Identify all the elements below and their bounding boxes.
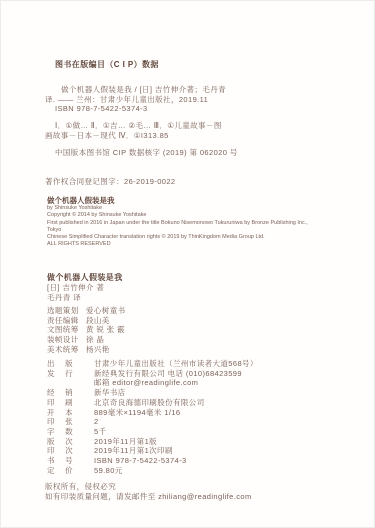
publishing-email: 邮箱 editor@readinglife.com — [94, 378, 198, 388]
publishing-value: 889毫米×1194毫米 1/16 — [94, 408, 181, 418]
credit-row: 美术统筹 杨兴艳 — [47, 345, 364, 355]
publishing-value: 甘肃少年儿童出版社（兰州市读者大道568号） — [94, 359, 258, 369]
credit-value: 爱心树童书 — [86, 306, 126, 316]
publishing-label: 印次 — [47, 446, 73, 456]
publishing-row: 发行 新经典发行有限公司 电话 (010)68423599 — [47, 369, 364, 379]
copyright-footer: 版权所有，侵权必究 如有印装质量问题，请发邮件至 zhiliang@readin… — [45, 482, 364, 501]
credit-row: 选题策划 爱心树童书 — [47, 306, 364, 316]
copyright-line: Chinese Simplified Character translation… — [47, 234, 364, 241]
cip-record-isbn: ISBN 978-7-5422-5374-3 — [45, 104, 364, 114]
credit-value: 徐 晶 — [86, 335, 104, 345]
publishing-value: 新华书店 — [94, 388, 126, 398]
copyright-registration-number: 著作权合同登记图字：26-2019-0022 — [45, 177, 364, 187]
quality-contact: 如有印装质量问题，请发邮件至 zhiliang@readinglife.com — [45, 492, 364, 502]
publishing-label: 字数 — [47, 427, 73, 437]
credit-label: 装帧设计 — [47, 335, 79, 345]
publishing-row: 开本 889毫米×1194毫米 1/16 — [47, 408, 364, 418]
cip-classification-line: Ⅰ．①做… Ⅱ．①吉… ②毛… Ⅲ．①儿童故事－图 — [45, 121, 364, 131]
publishing-row: 出版 甘肃少年儿童出版社（兰州市读者大道568号） — [47, 359, 364, 369]
publishing-label: 开本 — [47, 408, 73, 418]
publishing-row: 定价 59.80元 — [47, 466, 364, 476]
publishing-row: 印张 2 — [47, 417, 364, 427]
publishing-row: 印次 2019年11月第1次印刷 — [47, 446, 364, 456]
copyright-line: ALL RIGHTS RESERVED — [47, 241, 364, 248]
cip-header: 图书在版编目（C I P）数据 — [55, 60, 364, 70]
publishing-label: 印张 — [47, 417, 73, 427]
publishing-info-block: 出版 甘肃少年儿童出版社（兰州市读者大道568号） 发行 新经典发行有限公司 电… — [47, 359, 364, 475]
publishing-label: 经销 — [47, 388, 73, 398]
credit-label: 文图统筹 — [47, 325, 79, 335]
publishing-label: 出版 — [47, 359, 73, 369]
credit-row: 装帧设计 徐 晶 — [47, 335, 364, 345]
publishing-row: 经销 新华书店 — [47, 388, 364, 398]
cip-record: 做个机器人假装是我 / [日] 吉竹伸介著；毛丹青 译. —— 兰州：甘肃少年儿… — [45, 85, 364, 114]
publishing-row: 字数 5千 — [47, 427, 364, 437]
copyright-title-cn: 做个机器人假装是我 — [47, 196, 364, 205]
cip-classification-line: 画故事－日本－现代 Ⅳ．①I313.85 — [45, 131, 364, 141]
publishing-value: 北京奇良海德印刷股份有限公司 — [94, 398, 205, 408]
book-translator: 毛丹青 译 — [47, 293, 364, 303]
credit-value: 段山美 — [86, 316, 110, 326]
book-info-block: 做个机器人假装是我 [日] 吉竹伸介 著 毛丹青 译 — [47, 273, 364, 302]
cip-classification: Ⅰ．①做… Ⅱ．①吉… ②毛… Ⅲ．①儿童故事－图 画故事－日本－现代 Ⅳ．①I… — [45, 121, 364, 140]
publishing-row: 书号 ISBN 978-7-5422-5374-3 — [47, 456, 364, 466]
publishing-label: 版次 — [47, 437, 73, 447]
book-author: [日] 吉竹伸介 著 — [47, 283, 364, 293]
publishing-row: 邮箱 editor@readinglife.com — [47, 378, 364, 388]
cip-record-line: 译. —— 兰州：甘肃少年儿童出版社，2019.11 — [45, 95, 364, 105]
publishing-label: 发行 — [47, 369, 73, 379]
credit-label: 选题策划 — [47, 306, 79, 316]
cip-record-line: 做个机器人假装是我 / [日] 吉竹伸介著；毛丹青 — [45, 85, 364, 95]
copyright-page: 图书在版编目（C I P）数据 做个机器人假装是我 / [日] 吉竹伸介著；毛丹… — [0, 0, 375, 528]
publishing-value: 5千 — [94, 427, 106, 437]
credit-value: 杨兴艳 — [86, 345, 110, 355]
publishing-row: 版次 2019年11月第1版 — [47, 437, 364, 447]
publishing-label: 书号 — [47, 456, 73, 466]
credits-block: 选题策划 爱心树童书 责任编辑 段山美 文图统筹 黄 锐 张 霰 装帧设计 徐 … — [47, 306, 364, 355]
publishing-value: 2019年11月第1次印刷 — [94, 446, 173, 456]
publishing-value: 2 — [94, 417, 99, 427]
publishing-price: 59.80元 — [94, 466, 123, 476]
cip-number: 中国版本图书馆 CIP 数据核字 (2019) 第 062020 号 — [55, 148, 364, 158]
publishing-value: 新经典发行有限公司 电话 (010)68423599 — [94, 369, 242, 379]
rights-notice: 版权所有，侵权必究 — [45, 482, 364, 492]
book-title: 做个机器人假装是我 — [47, 273, 364, 283]
publishing-isbn: ISBN 978-7-5422-5374-3 — [94, 456, 187, 466]
credit-label: 责任编辑 — [47, 316, 79, 326]
publishing-label: 定价 — [47, 466, 73, 476]
credit-value: 黄 锐 张 霰 — [86, 325, 125, 335]
credit-label: 美术统筹 — [47, 345, 79, 355]
publishing-value: 2019年11月第1版 — [94, 437, 157, 447]
publishing-label — [47, 378, 73, 388]
english-copyright-block: 做个机器人假装是我 by Shinsuke Yoshitake Copyrigh… — [47, 196, 364, 249]
publishing-row: 印刷 北京奇良海德印刷股份有限公司 — [47, 398, 364, 408]
copyright-line: Copyright © 2014 by Shinsuke Yoshitake — [47, 212, 364, 219]
publishing-label: 印刷 — [47, 398, 73, 408]
credit-row: 责任编辑 段山美 — [47, 316, 364, 326]
copyright-line: First published in 2016 in Japan under t… — [47, 220, 364, 227]
credit-row: 文图统筹 黄 锐 张 霰 — [47, 325, 364, 335]
